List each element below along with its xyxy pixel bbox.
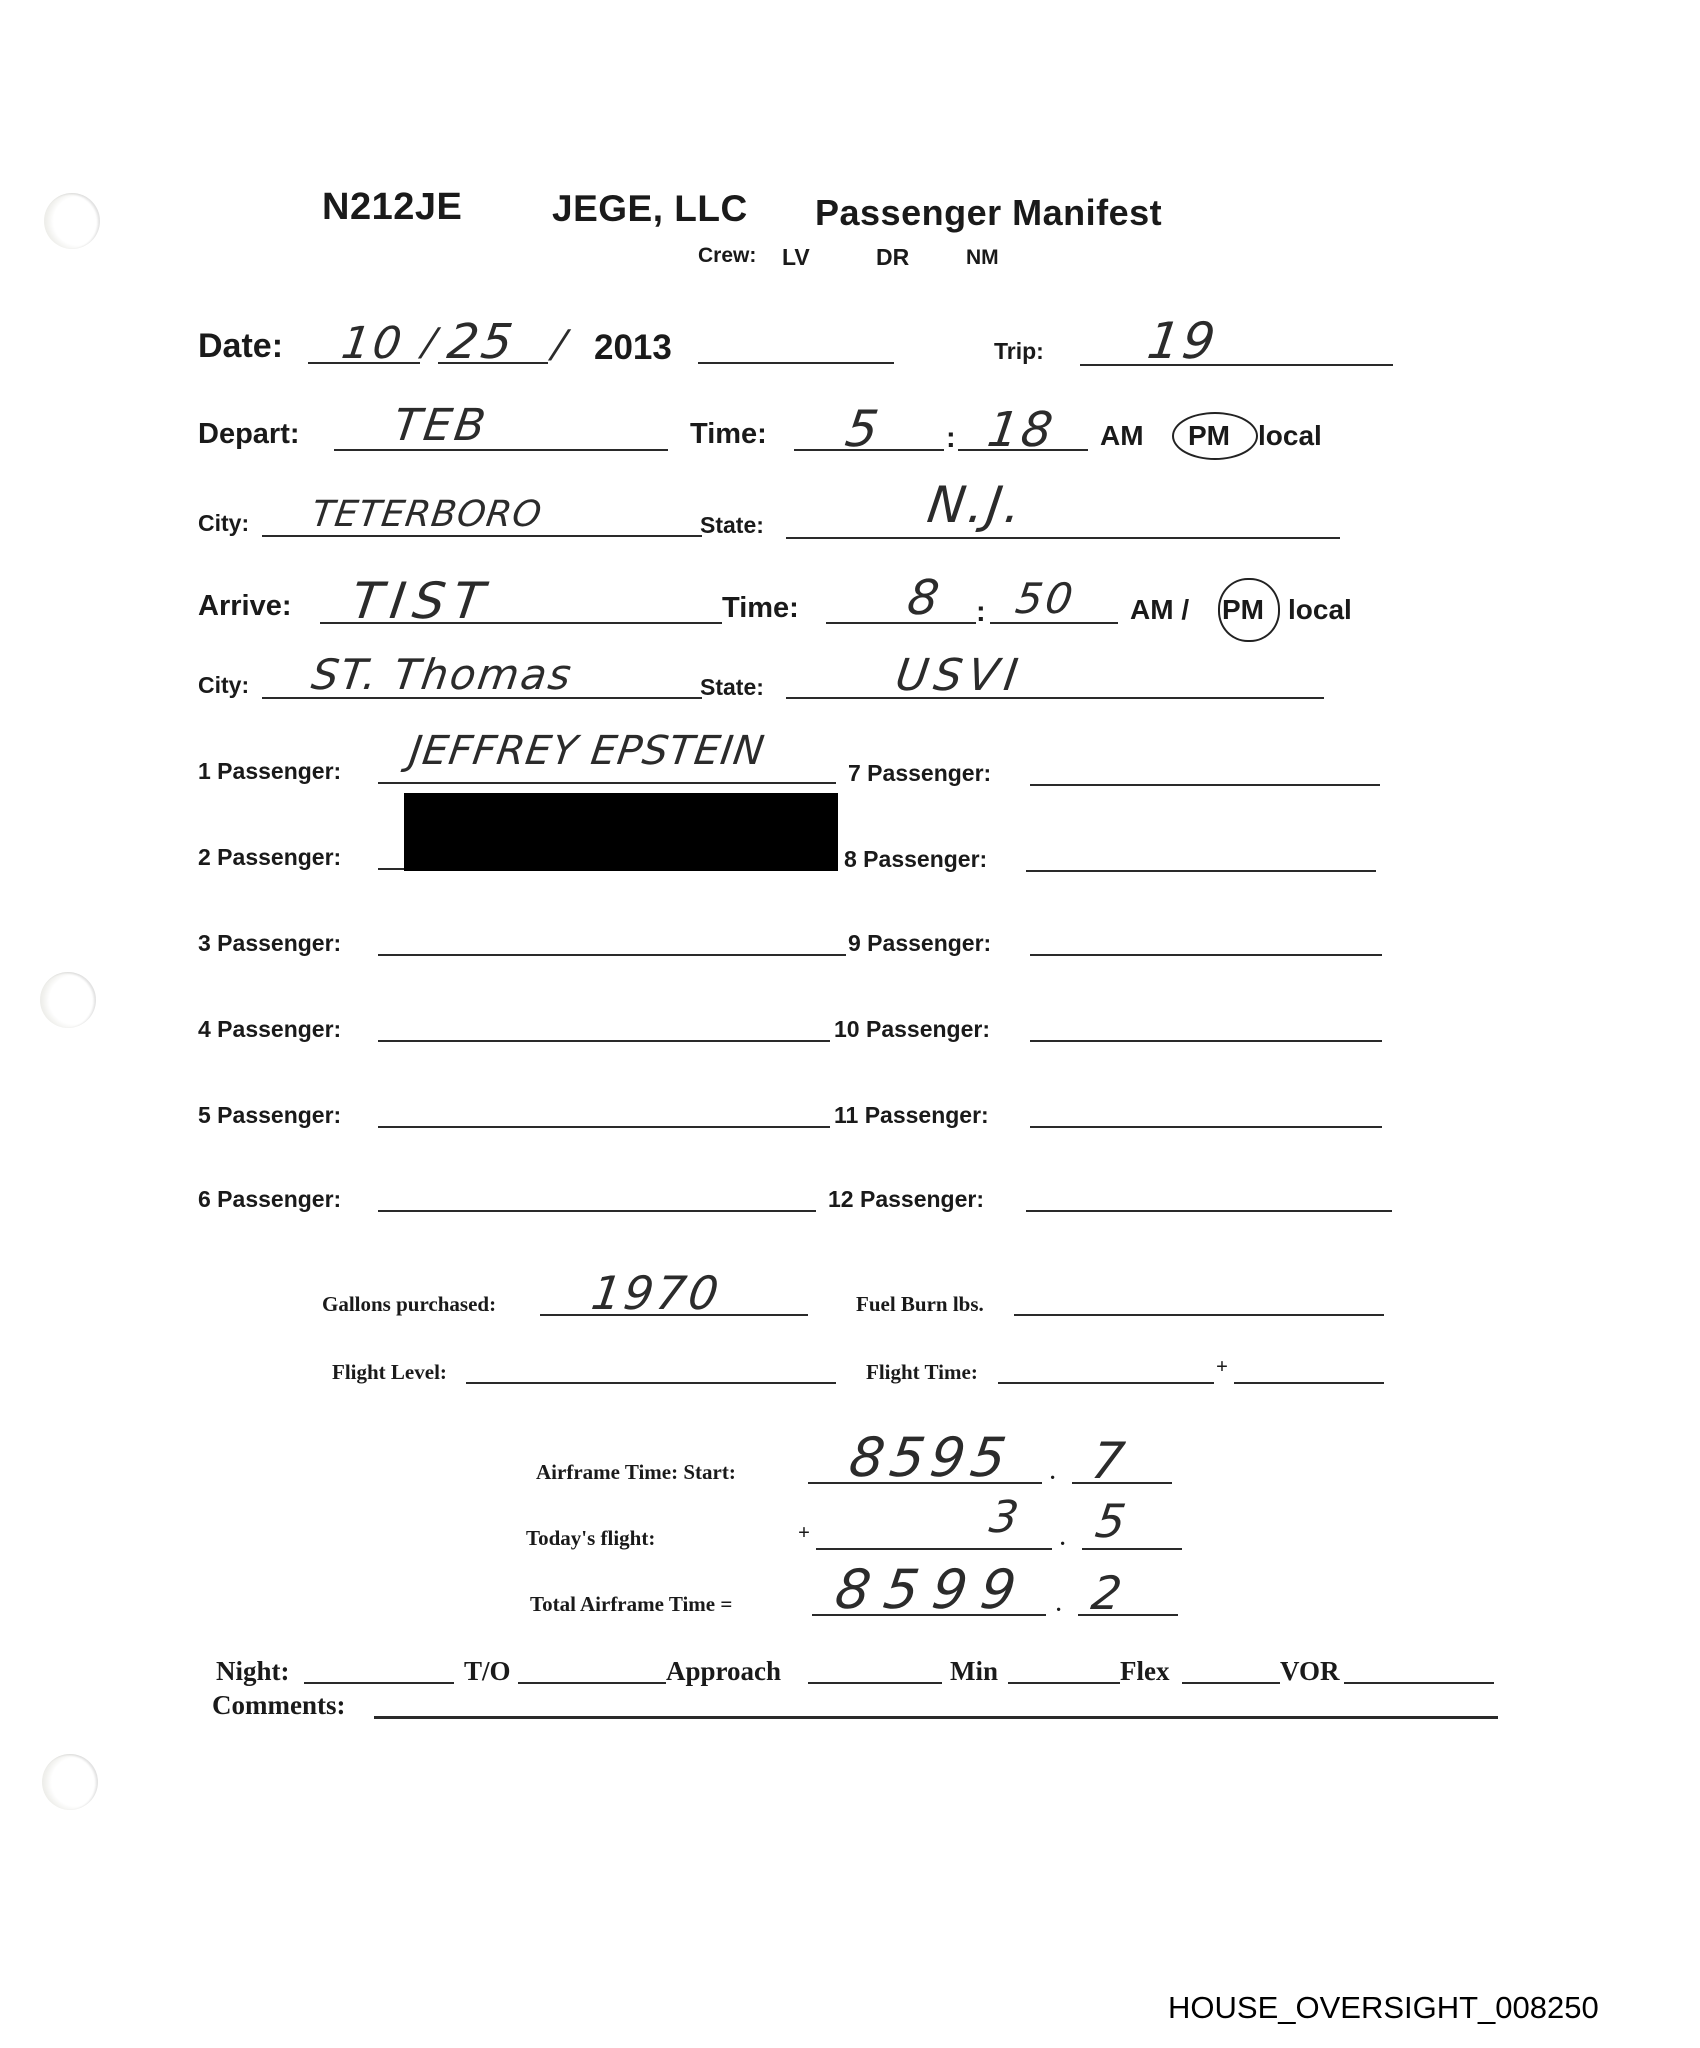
gallons-purchased-field[interactable]: 1970 bbox=[588, 1266, 725, 1320]
arrive-city-label: City: bbox=[198, 672, 249, 699]
comments-label: Comments: bbox=[212, 1690, 345, 1721]
flight-time-label: Flight Time: bbox=[866, 1360, 978, 1385]
flight-level-label: Flight Level: bbox=[332, 1360, 447, 1385]
arrive-city-field[interactable]: ST. Thomas bbox=[309, 650, 576, 699]
total-airframe-decimal: . bbox=[1056, 1592, 1061, 1617]
total-airframe-whole-field[interactable]: 8599 bbox=[832, 1558, 1034, 1621]
todays-flight-label: Today's flight: bbox=[526, 1526, 655, 1551]
date-separator-2: / bbox=[550, 322, 572, 366]
todays-flight-tenths-field[interactable]: 5 bbox=[1092, 1494, 1132, 1548]
depart-local-label: local bbox=[1258, 420, 1322, 452]
depart-city-label: City: bbox=[198, 510, 249, 537]
total-airframe-tenths-field[interactable]: 2 bbox=[1088, 1566, 1128, 1620]
flight-time-plus: + bbox=[1216, 1354, 1228, 1379]
todays-flight-whole-field[interactable]: 3 bbox=[986, 1492, 1024, 1543]
company-name: JEGE, LLC bbox=[552, 188, 748, 230]
binder-hole-middle bbox=[40, 972, 96, 1028]
arrive-airport-field[interactable]: TIST bbox=[348, 572, 496, 630]
depart-city-field[interactable]: TETERBORO bbox=[309, 494, 545, 535]
arrive-time-colon: : bbox=[976, 596, 986, 629]
depart-time-colon: : bbox=[946, 422, 956, 455]
depart-airport-field[interactable]: TEB bbox=[390, 400, 491, 451]
date-label: Date: bbox=[198, 327, 283, 366]
passenger-1-label: 1 Passenger: bbox=[198, 758, 341, 785]
trip-field[interactable]: 19 bbox=[1144, 312, 1222, 370]
arrive-label: Arrive: bbox=[198, 590, 292, 623]
crew-member-1: LV bbox=[782, 244, 810, 271]
depart-label: Depart: bbox=[198, 418, 300, 451]
comments-field[interactable] bbox=[374, 1716, 1498, 1719]
arrive-pm-option[interactable]: PM bbox=[1222, 594, 1264, 626]
arrive-am-option[interactable]: AM / bbox=[1130, 594, 1189, 626]
passenger-10-label: 10 Passenger: bbox=[834, 1016, 990, 1043]
passenger-2-label: 2 Passenger: bbox=[198, 844, 341, 871]
flex-label: Flex bbox=[1120, 1656, 1169, 1687]
min-label: Min bbox=[950, 1656, 998, 1687]
depart-minute-field[interactable]: 18 bbox=[984, 402, 1059, 458]
passenger-3-label: 3 Passenger: bbox=[198, 930, 341, 957]
depart-time-label: Time: bbox=[690, 418, 767, 451]
passenger-6-label: 6 Passenger: bbox=[198, 1186, 341, 1213]
passenger-7-label: 7 Passenger: bbox=[848, 760, 991, 787]
bates-number: HOUSE_OVERSIGHT_008250 bbox=[1168, 1990, 1599, 2026]
total-airframe-label: Total Airframe Time = bbox=[530, 1592, 732, 1617]
trip-label: Trip: bbox=[994, 338, 1044, 365]
binder-hole-top bbox=[44, 193, 100, 249]
passenger-2-redaction bbox=[404, 793, 838, 871]
passenger-1-field[interactable]: JEFFREY EPSTEIN bbox=[407, 728, 768, 774]
depart-am-option[interactable]: AM bbox=[1100, 420, 1144, 452]
binder-hole-bottom bbox=[42, 1754, 98, 1810]
passenger-12-label: 12 Passenger: bbox=[828, 1186, 984, 1213]
arrive-hour-field[interactable]: 8 bbox=[904, 570, 945, 626]
passenger-4-label: 4 Passenger: bbox=[198, 1016, 341, 1043]
depart-state-field[interactable]: N.J. bbox=[924, 476, 1028, 534]
arrive-time-label: Time: bbox=[722, 592, 799, 625]
arrive-local-label: local bbox=[1288, 594, 1352, 626]
night-label: Night: bbox=[216, 1656, 290, 1687]
todays-flight-plus: + bbox=[798, 1520, 810, 1545]
airframe-start-decimal: . bbox=[1050, 1460, 1055, 1485]
passenger-5-label: 5 Passenger: bbox=[198, 1102, 341, 1129]
takeoff-label: T/O bbox=[464, 1656, 511, 1687]
depart-state-label: State: bbox=[700, 512, 764, 539]
fuel-burn-label: Fuel Burn lbs. bbox=[856, 1292, 984, 1317]
arrive-state-field[interactable]: USVI bbox=[892, 650, 1026, 701]
date-day-field[interactable]: 25 bbox=[444, 314, 519, 370]
vor-label: VOR bbox=[1280, 1656, 1339, 1687]
date-separator-1: / bbox=[420, 320, 442, 364]
arrive-minute-field[interactable]: 50 bbox=[1013, 574, 1079, 623]
passenger-11-label: 11 Passenger: bbox=[834, 1102, 989, 1129]
crew-member-2: DR bbox=[876, 244, 909, 271]
passenger-8-label: 8 Passenger: bbox=[844, 846, 987, 873]
airframe-start-whole-field[interactable]: 8595 bbox=[846, 1426, 1016, 1489]
airframe-start-label: Airframe Time: Start: bbox=[536, 1460, 736, 1485]
date-month-field[interactable]: 10 bbox=[338, 318, 407, 369]
arrive-state-label: State: bbox=[700, 674, 764, 701]
form-title: Passenger Manifest bbox=[815, 192, 1162, 234]
crew-member-3: NM bbox=[966, 246, 999, 270]
approach-label: Approach bbox=[666, 1656, 781, 1687]
tail-number: N212JE bbox=[322, 186, 462, 229]
date-year: 2013 bbox=[594, 328, 672, 368]
todays-flight-decimal: . bbox=[1060, 1526, 1065, 1551]
depart-pm-option[interactable]: PM bbox=[1188, 420, 1230, 452]
gallons-purchased-label: Gallons purchased: bbox=[322, 1292, 496, 1317]
crew-label: Crew: bbox=[698, 244, 756, 268]
passenger-9-label: 9 Passenger: bbox=[848, 930, 991, 957]
